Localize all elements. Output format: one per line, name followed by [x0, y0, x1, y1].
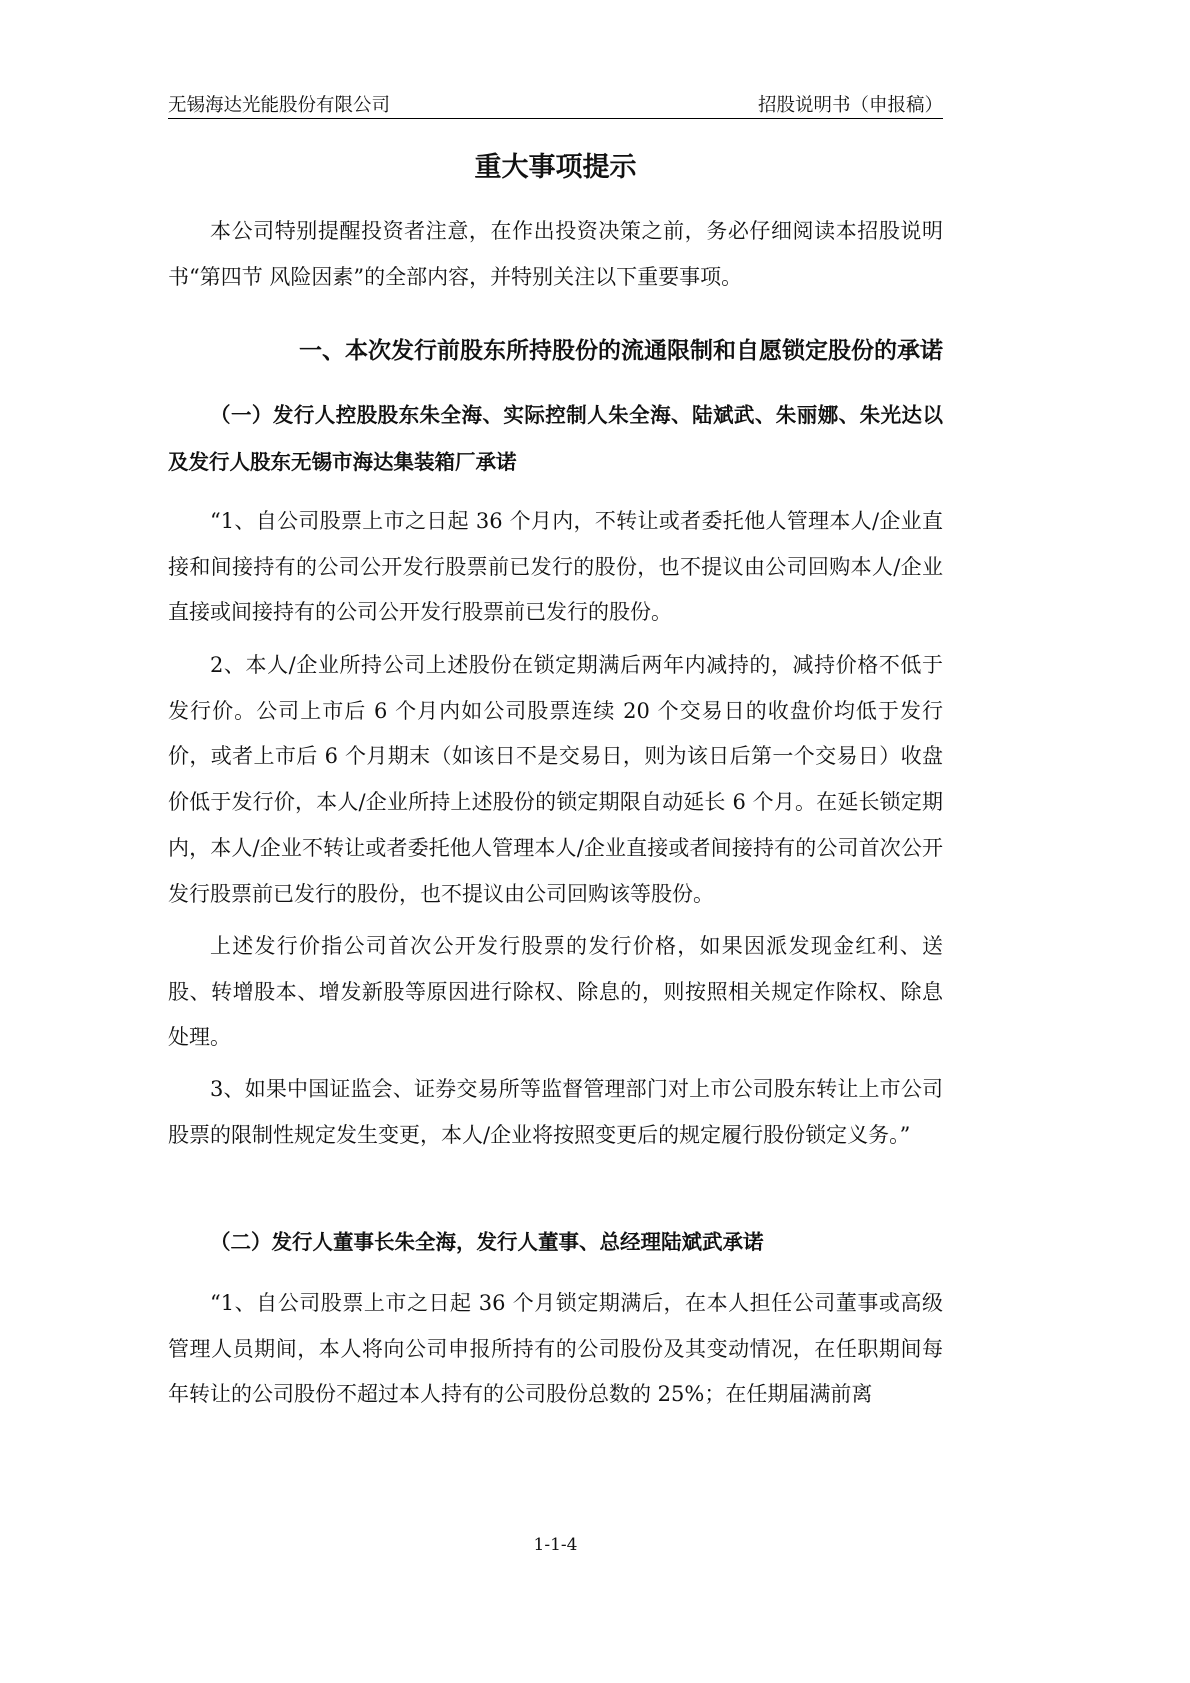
intro-paragraph: 本公司特别提醒投资者注意，在作出投资决策之前，务必仔细阅读本招股说明书“第四节 … [168, 209, 943, 300]
header-company: 无锡海达光能股份有限公司 [168, 91, 390, 117]
page-header: 无锡海达光能股份有限公司 招股说明书（申报稿） [168, 88, 943, 119]
paragraph: “1、自公司股票上市之日起 36 个月内，不转让或者委托他人管理本人/企业直接和… [168, 499, 943, 636]
page-title: 重大事项提示 [168, 145, 943, 184]
header-doc-type: 招股说明书（申报稿） [758, 91, 943, 117]
subsection-heading-1: （一）发行人控股股东朱全海、实际控制人朱全海、陆斌武、朱丽娜、朱光达以及发行人股… [168, 392, 943, 486]
section-heading-1: 一、本次发行前股东所持股份的流通限制和自愿锁定股份的承诺 [168, 332, 943, 365]
paragraph: 2、本人/企业所持公司上述股份在锁定期满后两年内减持的，减持价格不低于发行价。公… [168, 643, 943, 917]
paragraph: “1、自公司股票上市之日起 36 个月锁定期满后，在本人担任公司董事或高级管理人… [168, 1281, 943, 1418]
paragraph: 上述发行价指公司首次公开发行股票的发行价格，如果因派发现金红利、送股、转增股本、… [168, 924, 943, 1061]
subsection-heading-2: （二）发行人董事长朱全海，发行人董事、总经理陆斌武承诺 [168, 1219, 943, 1266]
paragraph: 3、如果中国证监会、证券交易所等监督管理部门对上市公司股东转让上市公司股票的限制… [168, 1067, 943, 1158]
page-number: 1-1-4 [168, 1535, 943, 1555]
